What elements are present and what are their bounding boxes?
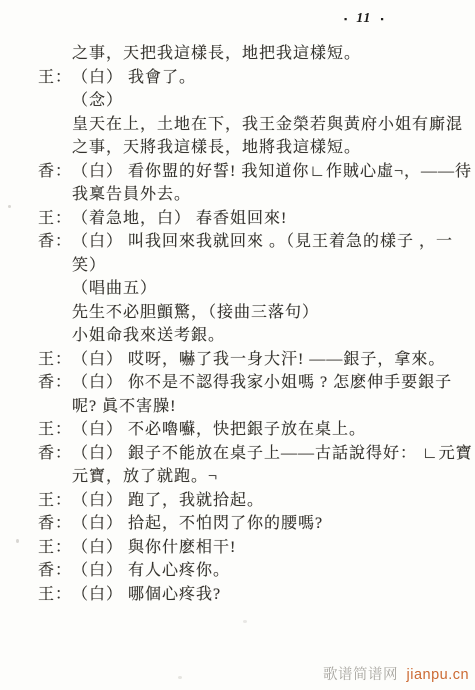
dot-icon: ▪ [344,15,347,24]
script-line: 皇天在上，土地在下，我王金榮若與黃府小姐有廝混 [38,113,475,137]
script-line: 先生不必胆顫驚，（接曲三落句） [38,301,475,325]
line-text: （白） 拾起，不怕閃了你的腰嗎? [72,512,323,536]
speaker-label: 王： [38,583,72,607]
script-line: 之事，天將我這樣長，地將我這樣短。 [38,136,475,160]
script-line: 我稟告員外去。 [38,183,475,207]
script-line: 王：（白） 哪個心疼我? [38,583,475,607]
watermark-site-name: 歌谱简谱网 [323,667,398,683]
line-text: 呢? 眞不害臊! [72,395,176,419]
line-text: （白） 哪個心疼我? [72,583,221,607]
scan-noise-speck [8,205,11,208]
page-number-value: 11 [356,11,371,27]
line-text: （唱曲五） [72,277,157,301]
line-text: （白） 看你盟的好誓! 我知道你∟作賊心虛¬，——待 [72,160,472,184]
script-line: 香：（白） 你不是不認得我家小姐嗎 ? 怎麽伸手要銀子 [38,371,475,395]
script-line: （念） [38,89,475,113]
line-text: （白） 你不是不認得我家小姐嗎 ? 怎麽伸手要銀子 [72,371,452,395]
script-line: 王：（白） 我會了。 [38,66,475,90]
script-line: 香：（白） 拾起，不怕閃了你的腰嗎? [38,512,475,536]
speaker-label: 王： [38,66,72,90]
watermark: 歌谱简谱网 jianpu.cn [323,663,469,684]
speaker-label: 香： [38,442,72,466]
speaker-label: 王： [38,348,72,372]
line-text: 先生不必胆顫驚，（接曲三落句） [72,301,319,325]
line-text: 笑） [72,254,106,278]
script-line: 香：（白） 看你盟的好誓! 我知道你∟作賊心虛¬，——待 [38,160,475,184]
dot-icon: ▪ [380,15,383,24]
speaker-label: 香： [38,230,72,254]
line-text: （白） 哎呀，嚇了我一身大汗! ——銀子，拿來。 [72,348,445,372]
speaker-label: 香： [38,512,72,536]
speaker-label: 王： [38,536,72,560]
speaker-label: 香： [38,559,72,583]
script-line: 香：（白） 銀子不能放在桌子上——古話說得好： ∟元寶 [38,442,475,466]
scan-noise-speck [178,676,182,679]
script-line: 王：（着急地，白） 春香姐回來! [38,207,475,231]
line-text: 小姐命我來送考銀。 [72,324,225,348]
script-body: 之事，天把我這樣長，地把我這樣短。王：（白） 我會了。（念）皇天在上，土地在下，… [38,42,475,606]
speaker-label: 香： [38,371,72,395]
line-text: （白） 有人心疼你。 [72,559,230,583]
scan-noise-speck [16,539,19,543]
watermark-site-link[interactable]: jianpu.cn [407,667,470,683]
script-line: 元寶，放了就跑。¬ [38,465,475,489]
script-line: 香：（白） 叫我回來我就回來 。（見王着急的樣子 ，一 [38,230,475,254]
script-line: 之事，天把我這樣長，地把我這樣短。 [38,42,475,66]
speaker-label: 王： [38,207,72,231]
line-text: （白） 跑了，我就拾起。 [72,489,264,513]
script-line: 王：（白） 跑了，我就拾起。 [38,489,475,513]
line-text: （白） 銀子不能放在桌子上——古話說得好： ∟元寶 [72,442,473,466]
line-text: 皇天在上，土地在下，我王金榮若與黃府小姐有廝混 [72,113,463,137]
speaker-label: 王： [38,489,72,513]
script-line: 香：（白） 有人心疼你。 [38,559,475,583]
script-line: 小姐命我來送考銀。 [38,324,475,348]
line-text: （念） [72,89,123,113]
speaker-label: 香： [38,160,72,184]
speaker-label: 王： [38,418,72,442]
line-text: 之事，天把我這樣長，地把我這樣短。 [72,42,361,66]
line-text: （白） 叫我回來我就回來 。（見王着急的樣子 ，一 [72,230,453,254]
line-text: （着急地，白） 春香姐回來! [72,207,287,231]
line-text: （白） 我會了。 [72,66,196,90]
script-line: 王：（白） 不必嚕囌，快把銀子放在桌上。 [38,418,475,442]
line-text: 之事，天將我這樣長，地將我這樣短。 [72,136,361,160]
script-line: 笑） [38,254,475,278]
line-text: （白） 與你什麽相干! [72,536,236,560]
script-line: 王：（白） 與你什麽相干! [38,536,475,560]
line-text: 元寶，放了就跑。¬ [72,465,218,489]
script-line: （唱曲五） [38,277,475,301]
script-line: 王：（白） 哎呀，嚇了我一身大汗! ——銀子，拿來。 [38,348,475,372]
script-line: 呢? 眞不害臊! [38,395,475,419]
line-text: 我稟告員外去。 [72,183,191,207]
page-number: ▪ 11 ▪ [344,11,384,27]
scan-noise-speck [243,620,247,623]
line-text: （白） 不必嚕囌，快把銀子放在桌上。 [72,418,366,442]
